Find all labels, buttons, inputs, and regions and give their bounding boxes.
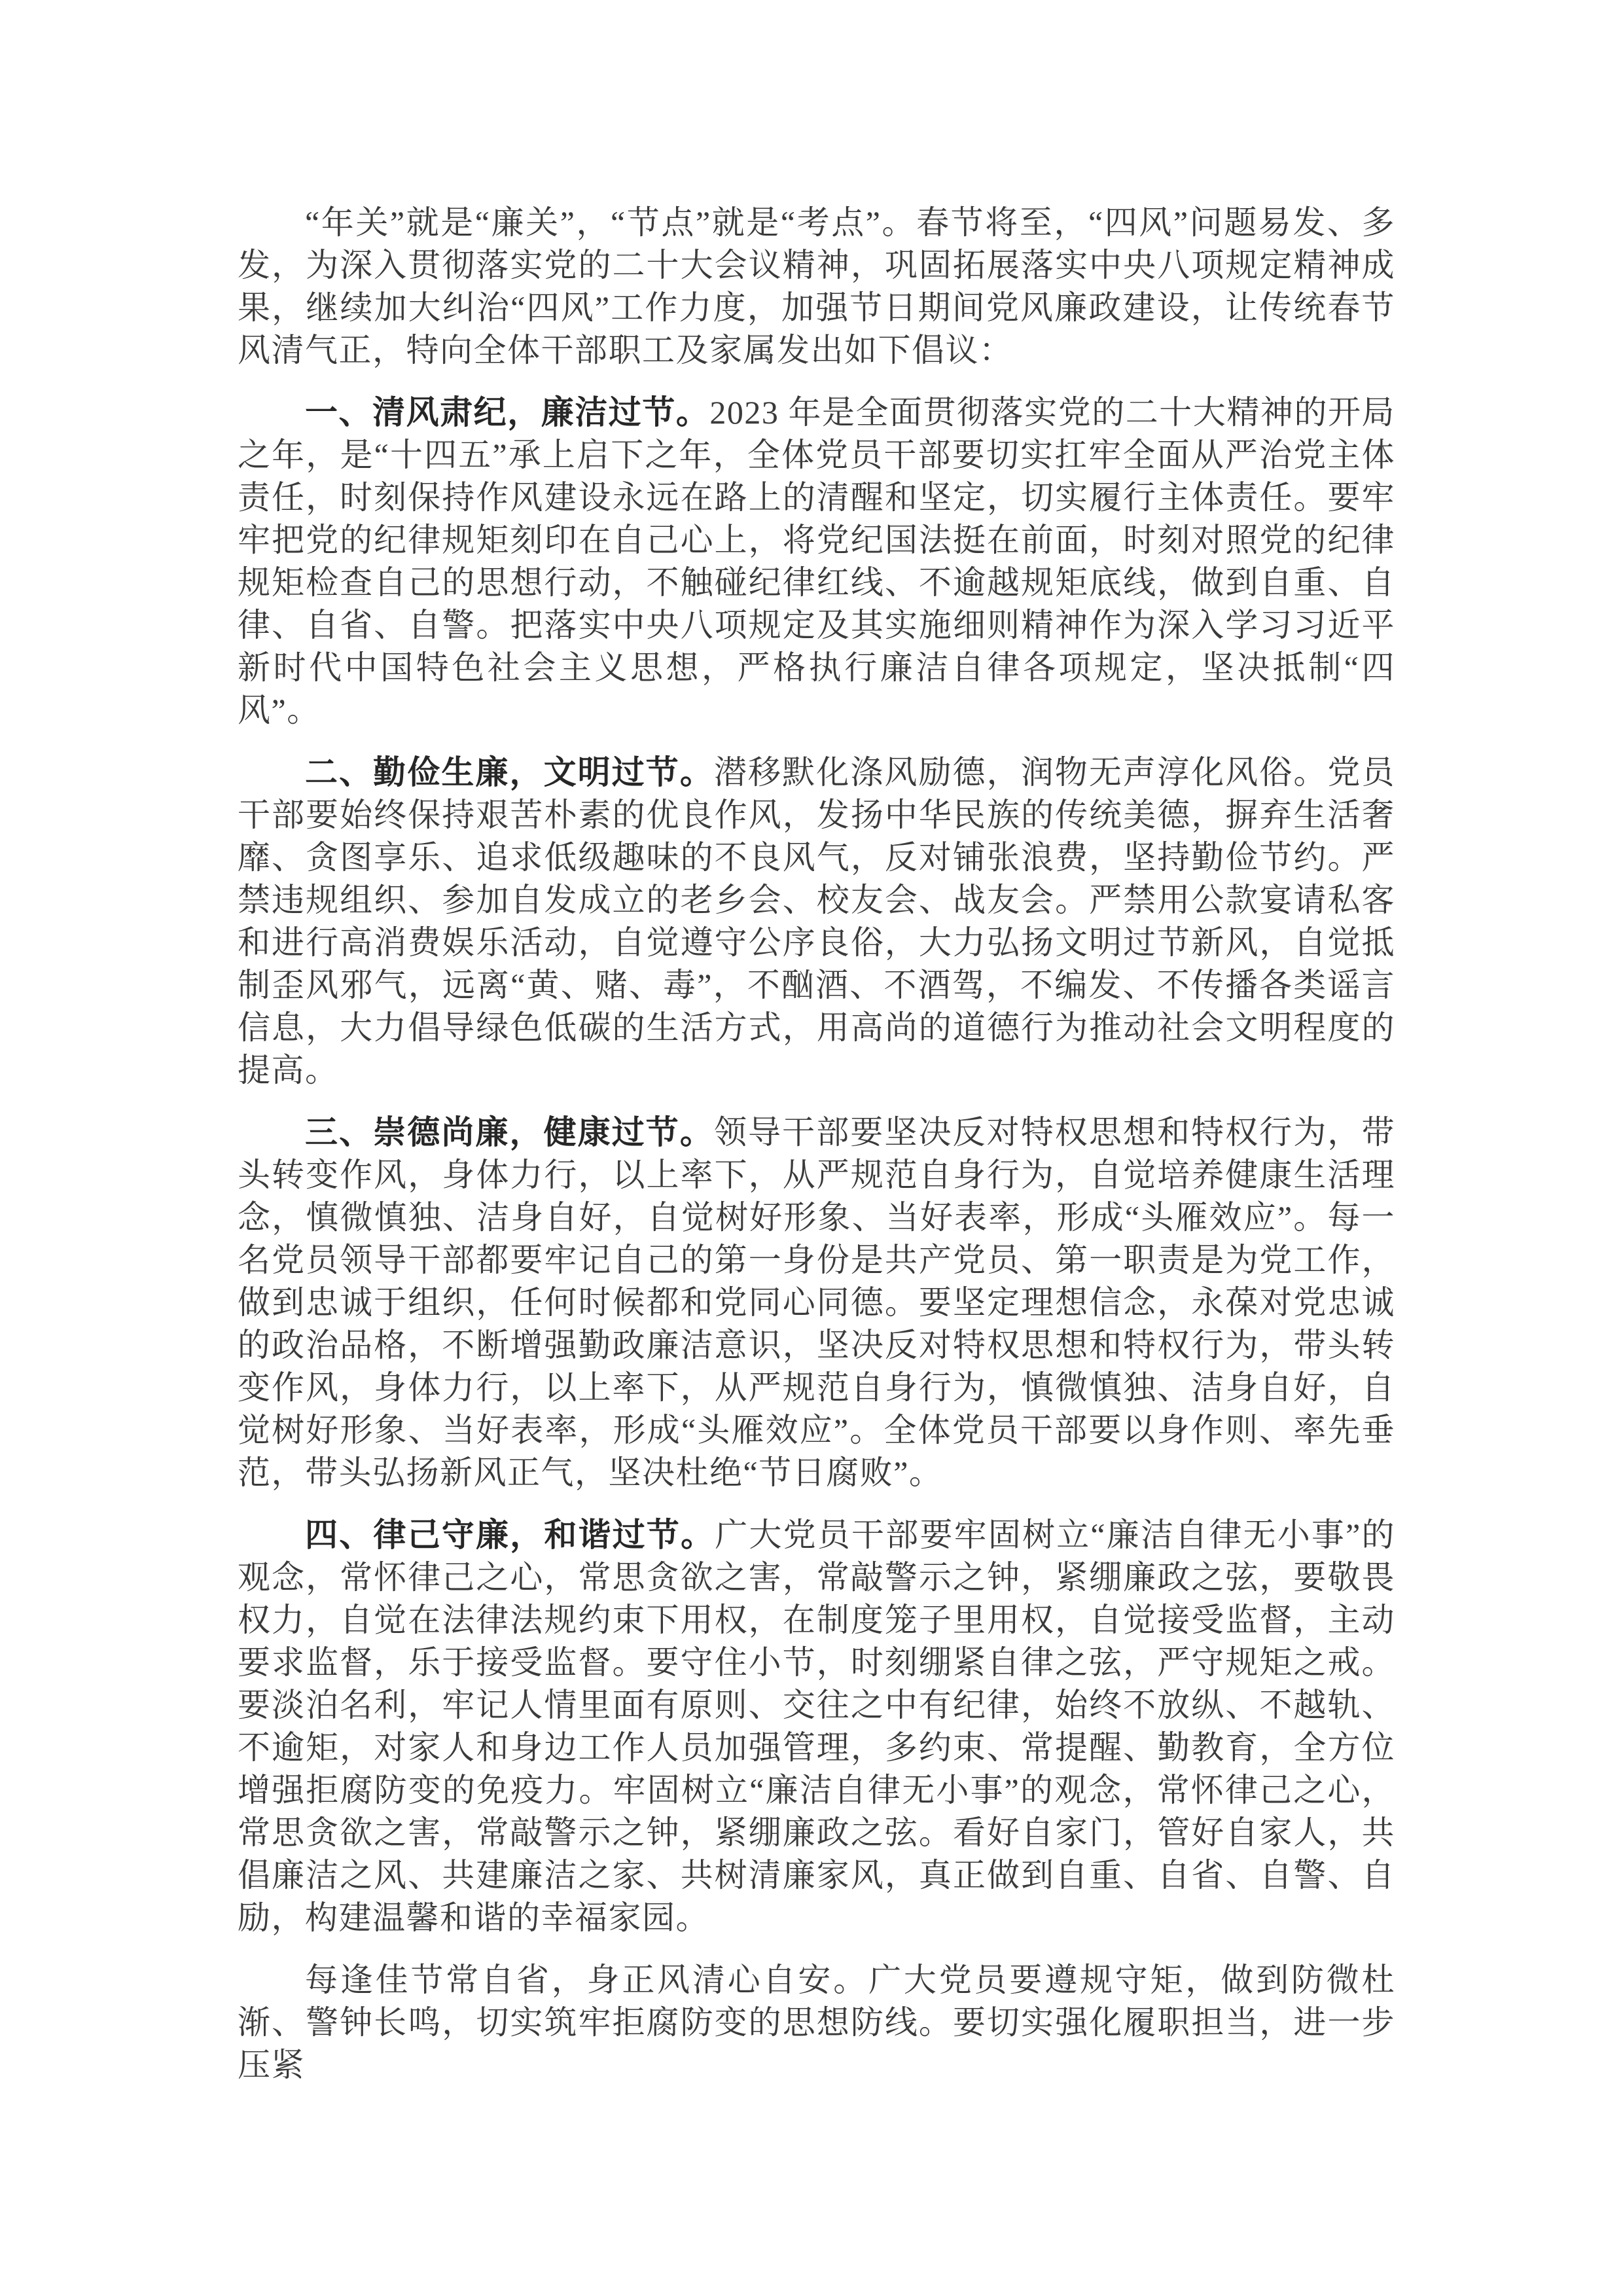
paragraph-4: 三、崇德尚廉，健康过节。领导干部要坚决反对特权思想和特权行为，带头转变作风，身体… (238, 1111, 1395, 1494)
paragraph-2-heading: 一、清风肃纪，廉洁过节。 (305, 394, 709, 431)
paragraph-5-heading: 四、律己守廉，和谐过节。 (305, 1516, 715, 1553)
paragraph-3-text: 潜移默化涤风励德，润物无声淳化风俗。党员干部要始终保持艰苦朴素的优良作风，发扬中… (238, 754, 1395, 1088)
paragraph-6: 每逢佳节常自省，身正风清心自安。广大党员要遵规守矩，做到防微杜渐、警钟长鸣，切实… (238, 1959, 1395, 2087)
document-page: “年关”就是“廉关”，“节点”就是“考点”。春节将至，“四风”问题易发、多发，为… (0, 0, 1623, 2296)
paragraph-5: 四、律己守廉，和谐过节。广大党员干部要牢固树立“廉洁自律无小事”的观念，常怀律己… (238, 1514, 1395, 1939)
paragraph-3-heading: 二、勤俭生廉，文明过节。 (305, 754, 714, 791)
paragraph-6-text: 每逢佳节常自省，身正风清心自安。广大党员要遵规守矩，做到防微杜渐、警钟长鸣，切实… (238, 1962, 1395, 2083)
paragraph-4-text: 领导干部要坚决反对特权思想和特权行为，带头转变作风，身体力行，以上率下，从严规范… (238, 1114, 1395, 1491)
paragraph-4-heading: 三、崇德尚廉，健康过节。 (305, 1114, 714, 1151)
paragraph-1: “年关”就是“廉关”，“节点”就是“考点”。春节将至，“四风”问题易发、多发，为… (238, 202, 1395, 372)
paragraph-5-text: 广大党员干部要牢固树立“廉洁自律无小事”的观念，常怀律己之心，常思贪欲之害，常敲… (238, 1516, 1395, 1936)
paragraph-1-text: “年关”就是“廉关”，“节点”就是“考点”。春节将至，“四风”问题易发、多发，为… (238, 204, 1395, 368)
document-body: “年关”就是“廉关”，“节点”就是“考点”。春节将至，“四风”问题易发、多发，为… (238, 202, 1395, 2087)
paragraph-2-text: 2023 年是全面贯彻落实党的二十大精神的开局之年，是“十四五”承上启下之年，全… (238, 394, 1395, 728)
paragraph-3: 二、勤俭生廉，文明过节。潜移默化涤风励德，润物无声淳化风俗。党员干部要始终保持艰… (238, 751, 1395, 1092)
paragraph-2: 一、清风肃纪，廉洁过节。2023 年是全面贯彻落实党的二十大精神的开局之年，是“… (238, 391, 1395, 732)
